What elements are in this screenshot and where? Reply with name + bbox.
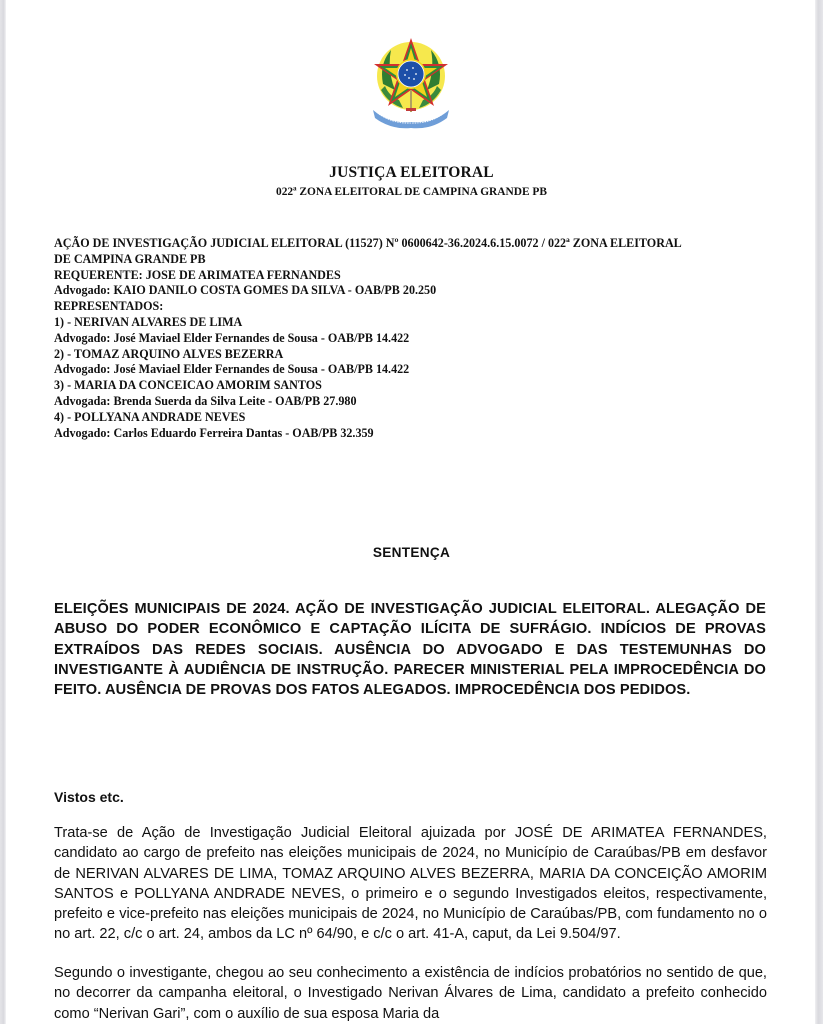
representado-1: 1) - NERIVAN ALVARES DE LIMA [54, 315, 784, 331]
representado-2: 2) - TOMAZ ARQUINO ALVES BEZERRA [54, 347, 784, 363]
representado-2-advogado: Advogado: José Maviael Elder Fernandes d… [54, 362, 784, 378]
page-edge-right [815, 0, 823, 1024]
court-subtitle: 022ª ZONA ELEITORAL DE CAMPINA GRANDE PB [0, 186, 823, 198]
sentence-heading: SENTENÇA [16, 545, 806, 561]
brazil-coat-of-arms-icon [369, 34, 453, 130]
requerente: REQUERENTE: JOSE DE ARIMATEA FERNANDES [54, 268, 784, 284]
court-title: JUSTIÇA ELEITORAL [0, 164, 823, 182]
representado-4: 4) - POLLYANA ANDRADE NEVES [54, 410, 784, 426]
requerente-advogado: Advogado: KAIO DANILO COSTA GOMES DA SIL… [54, 283, 784, 299]
vistos-heading: Vistos etc. [54, 789, 124, 805]
case-number-line-cont: DE CAMPINA GRANDE PB [54, 252, 784, 268]
representados-label: REPRESENTADOS: [54, 299, 784, 315]
representado-3: 3) - MARIA DA CONCEICAO AMORIM SANTOS [54, 378, 784, 394]
representado-4-advogado: Advogado: Carlos Eduardo Ferreira Dantas… [54, 426, 784, 442]
case-header: AÇÃO DE INVESTIGAÇÃO JUDICIAL ELEITORAL … [54, 236, 784, 441]
representado-1-advogado: Advogado: José Maviael Elder Fernandes d… [54, 331, 784, 347]
case-number-line: AÇÃO DE INVESTIGAÇÃO JUDICIAL ELEITORAL … [54, 236, 784, 252]
paragraph-1: Trata-se de Ação de Investigação Judicia… [54, 823, 767, 945]
paragraph-2: Segundo o investigante, chegou ao seu co… [54, 963, 767, 1024]
representado-3-advogada: Advogada: Brenda Suerda da Silva Leite -… [54, 394, 784, 410]
ementa: ELEIÇÕES MUNICIPAIS DE 2024. AÇÃO DE INV… [54, 599, 766, 700]
